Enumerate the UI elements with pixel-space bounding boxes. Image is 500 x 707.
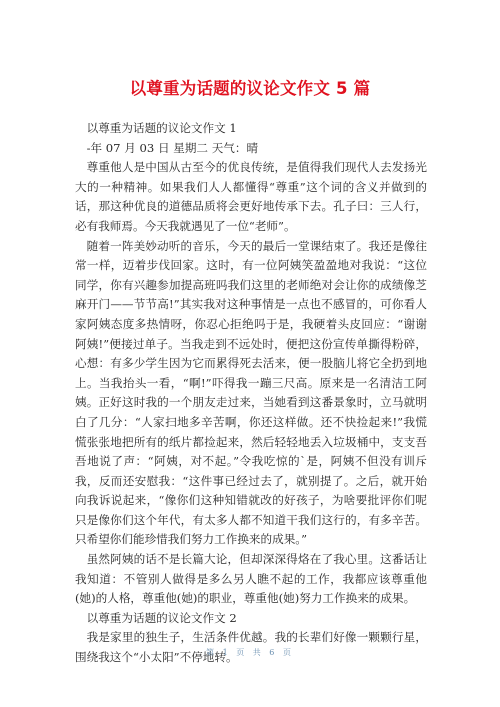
page-indicator: 第 1 页 共 6 页 [0, 647, 500, 658]
document-page: 以尊重为话题的议论文作文 5 篇 以尊重为话题的议论文作文 1 -年 07 月 … [0, 0, 500, 707]
essay-heading-2: 以尊重为话题的议论文作文 2 [75, 609, 427, 629]
body-paragraph: 尊重他人是中国从古至今的优良传统，是值得我们现代人去发扬光大的一种精神。如果我们… [75, 158, 427, 236]
body-paragraph: 随着一阵美妙动听的音乐，今天的最后一堂课结束了。我还是像往常一样，迈着步伐回家。… [75, 237, 427, 551]
document-title: 以尊重为话题的议论文作文 5 篇 [0, 75, 500, 99]
document-body: 以尊重为话题的议论文作文 1 -年 07 月 03 日 星期二 天气：晴 尊重他… [75, 119, 427, 668]
date-weather-line: -年 07 月 03 日 星期二 天气：晴 [75, 139, 427, 159]
essay-heading-1: 以尊重为话题的议论文作文 1 [75, 119, 427, 139]
body-paragraph: 虽然阿姨的话不是长篇大论，但却深深得烙在了我心里。这番话让我知道：不管别人做得是… [75, 550, 427, 609]
